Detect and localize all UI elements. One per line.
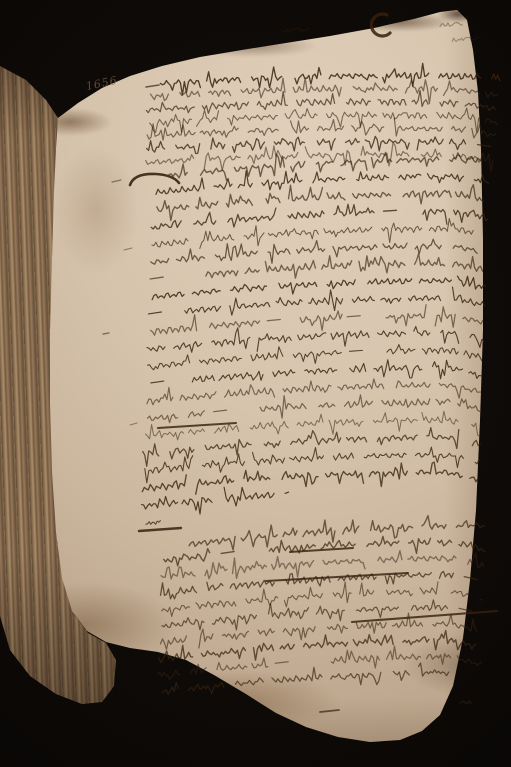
handwriting-overlay — [0, 0, 511, 767]
manuscript-photo: 1656 — [0, 0, 511, 767]
